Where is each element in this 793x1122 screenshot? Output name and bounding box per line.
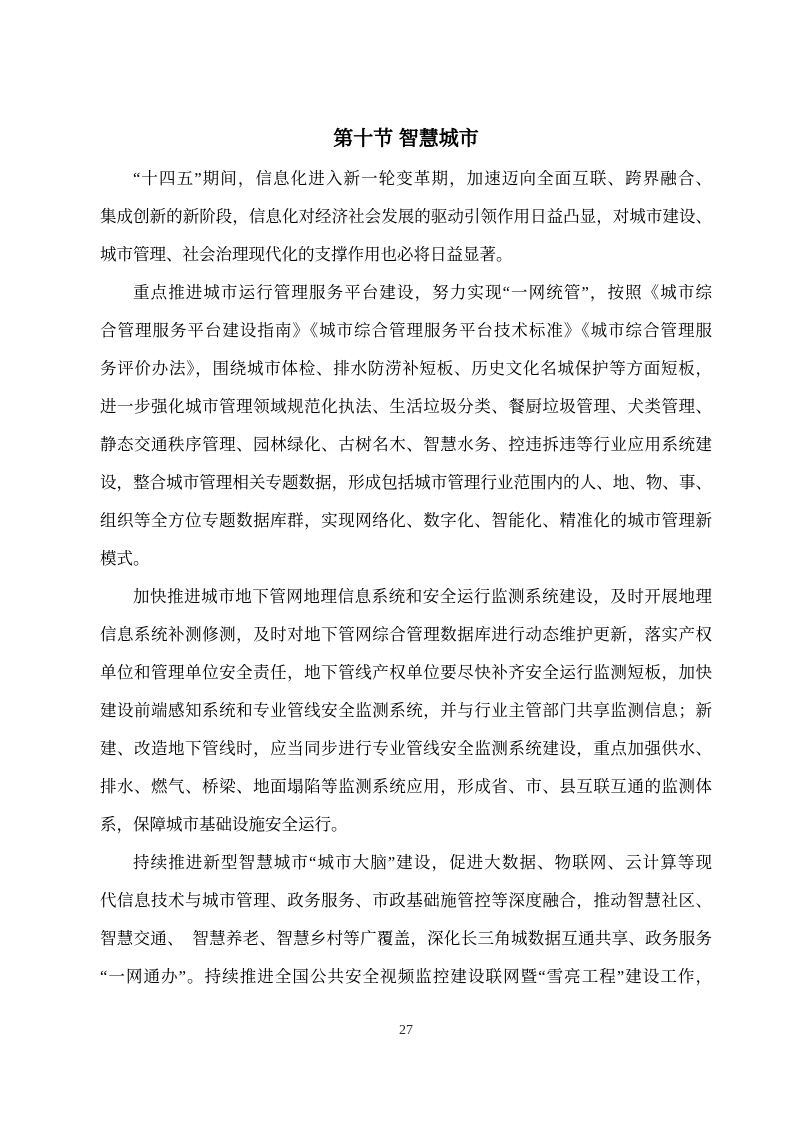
text-line: 智慧交通、 智慧养老、智慧乡村等广覆盖，深化长三角城数据互通共享、政务服务	[100, 920, 712, 958]
text-line: 排水、燃气、桥梁、地面塌陷等监测系统应用，形成省、市、县互联互通的监测体	[100, 768, 712, 806]
text-line: 加快推进城市地下管网地理信息系统和安全运行监测系统建设，及时开展地理	[100, 578, 712, 616]
text-line: 合管理服务平台建设指南》《城市综合管理服务平台技术标准》《城市综合管理服	[100, 312, 712, 350]
text-line: 重点推进城市运行管理服务平台建设，努力实现“一网统管”，按照《城市综	[100, 274, 712, 312]
text-line: 务评价办法》，围绕城市体检、排水防涝补短板、历史文化名城保护等方面短板，	[100, 350, 712, 388]
page-number: 27	[399, 1023, 413, 1038]
text-line: 设，整合城市管理相关专题数据，形成包括城市管理行业范围内的人、地、物、事、	[100, 464, 712, 502]
text-line: 模式。	[100, 540, 712, 578]
text-line: 建、改造地下管线时，应当同步进行专业管线安全监测系统建设，重点加强供水、	[100, 730, 712, 768]
document-page: 第十节 智慧城市 “十四五”期间，信息化进入新一轮变革期，加速迈向全面互联、跨界…	[0, 0, 793, 1122]
text-line: 持续推进新型智慧城市“城市大脑”建设，促进大数据、物联网、云计算等现	[100, 844, 712, 882]
text-line: 组织等全方位专题数据库群，实现网络化、数字化、智能化、精准化的城市管理新	[100, 502, 712, 540]
text-line: 代信息技术与城市管理、政务服务、市政基础施管控等深度融合，推动智慧社区、	[100, 882, 712, 920]
text-line: 进一步强化城市管理领域规范化执法、生活垃圾分类、餐厨垃圾管理、犬类管理、	[100, 388, 712, 426]
page-footer: 27	[100, 1020, 712, 1042]
text-line: 建设前端感知系统和专业管线安全监测系统，并与行业主管部门共享监测信息；新	[100, 692, 712, 730]
text-line: 集成创新的新阶段，信息化对经济社会发展的驱动引领作用日益凸显，对城市建设、	[100, 198, 712, 236]
text-line: “十四五”期间，信息化进入新一轮变革期，加速迈向全面互联、跨界融合、	[100, 160, 712, 198]
text-line: 系，保障城市基础设施安全运行。	[100, 806, 712, 844]
section-title: 第十节 智慧城市	[100, 124, 712, 154]
text-line: 信息系统补测修测，及时对地下管网综合管理数据库进行动态维护更新，落实产权	[100, 616, 712, 654]
text-line: 单位和管理单位安全责任，地下管线产权单位要尽快补齐安全运行监测短板，加快	[100, 654, 712, 692]
text-line: 城市管理、社会治理现代化的支撑作用也必将日益显著。	[100, 236, 712, 274]
text-line: “一网通办”。持续推进全国公共安全视频监控建设联网暨“雪亮工程”建设工作，	[100, 958, 712, 996]
text-line: 静态交通秩序管理、园林绿化、古树名木、智慧水务、控违拆违等行业应用系统建	[100, 426, 712, 464]
document-body: “十四五”期间，信息化进入新一轮变革期，加速迈向全面互联、跨界融合、集成创新的新…	[100, 160, 712, 996]
